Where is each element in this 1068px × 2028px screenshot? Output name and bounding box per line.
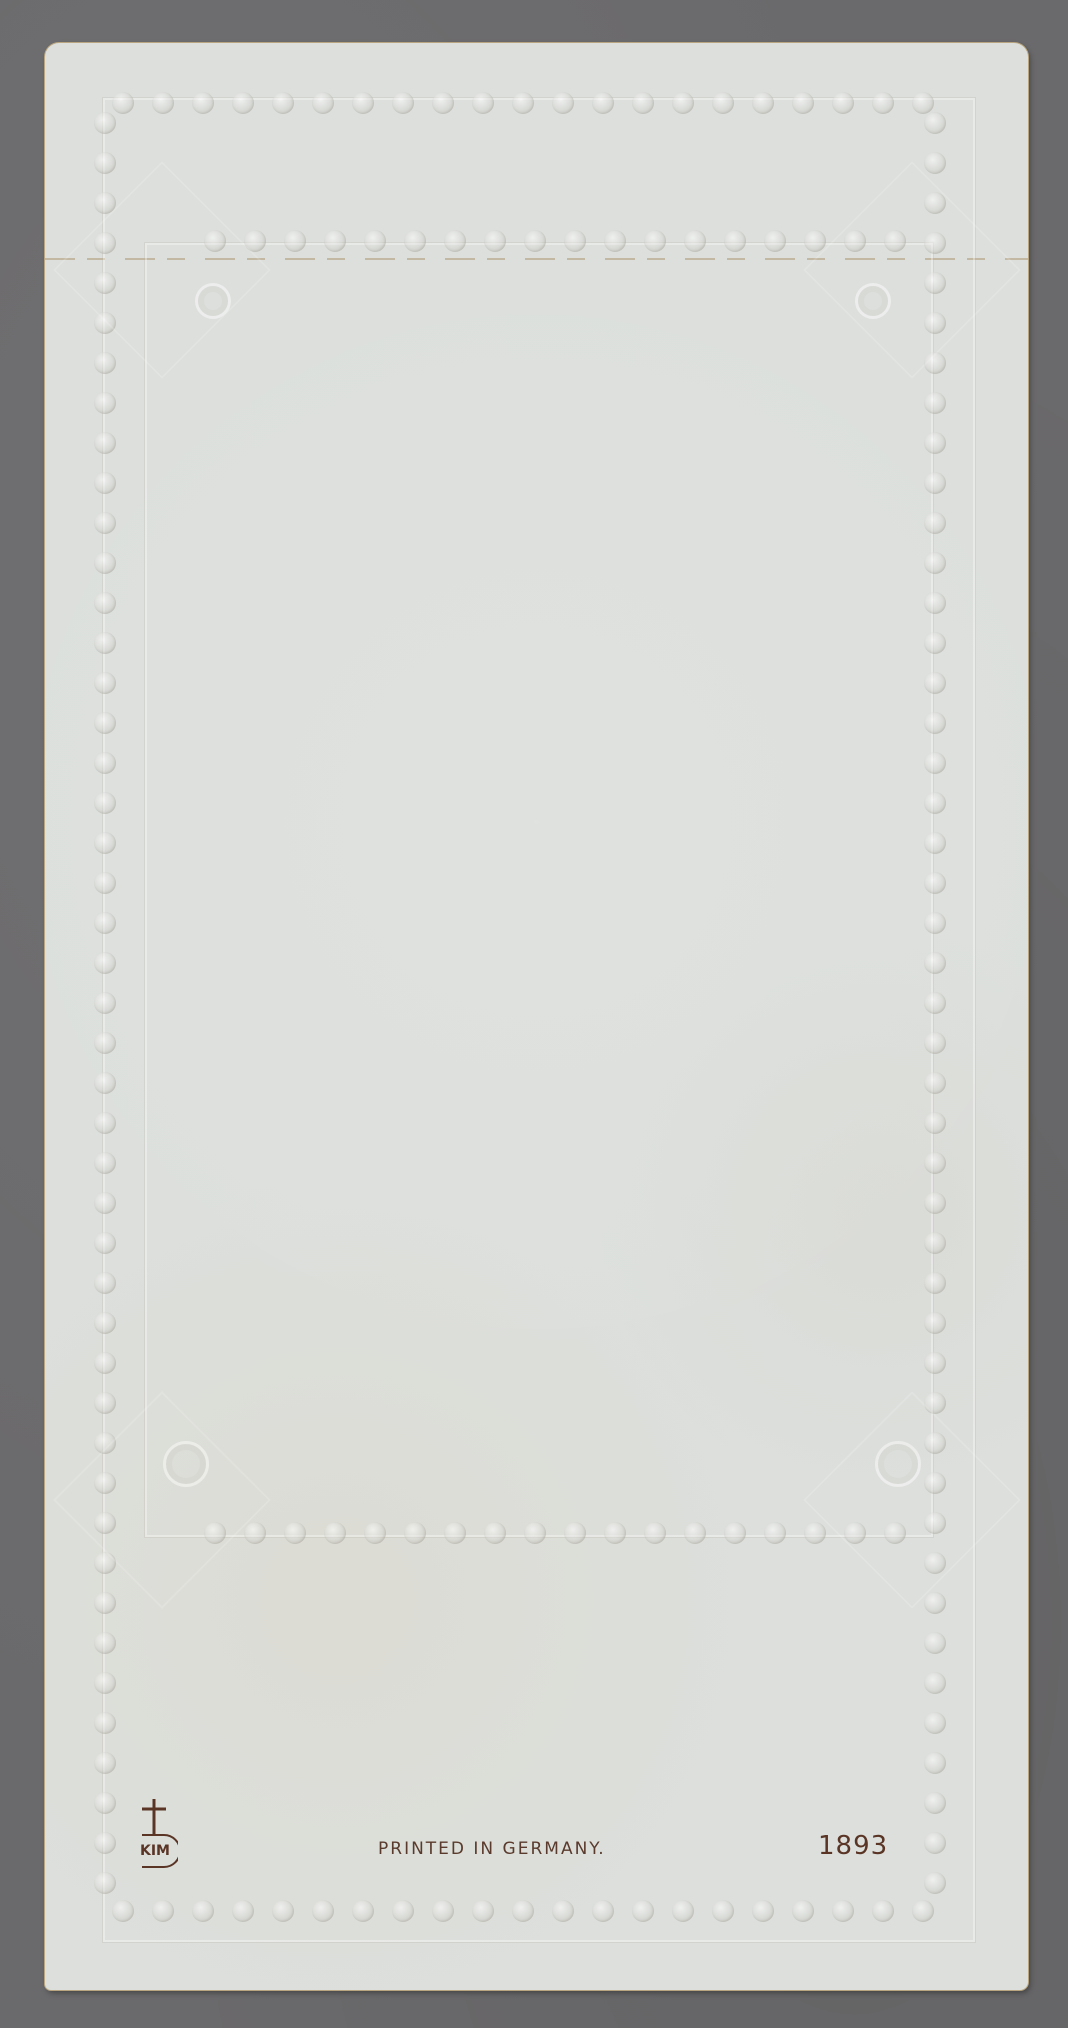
- embossed-dot-column-right: [915, 103, 955, 1903]
- embossed-dot-row-top: [103, 83, 943, 123]
- swirl-ornament-bottom-right: [875, 1441, 921, 1487]
- swirl-ornament-top-left: [195, 283, 231, 319]
- publisher-logo: KIM: [138, 1795, 178, 1870]
- swirl-ornament-top-right: [855, 283, 891, 319]
- embossed-dot-row-bottom: [103, 1891, 943, 1931]
- embossed-dot-row-lower: [195, 1513, 915, 1553]
- card-number: 1893: [818, 1831, 888, 1861]
- embossed-dot-row-upper: [195, 221, 915, 261]
- swirl-ornament-bottom-left: [163, 1441, 209, 1487]
- embossed-inner-panel: [145, 243, 933, 1537]
- imprint-text: PRINTED IN GERMANY.: [378, 1839, 606, 1859]
- embossed-dot-column-left: [85, 103, 125, 1903]
- publisher-monogram: KIM: [140, 1843, 170, 1859]
- card: KIM PRINTED IN GERMANY. 1893: [45, 43, 1028, 1990]
